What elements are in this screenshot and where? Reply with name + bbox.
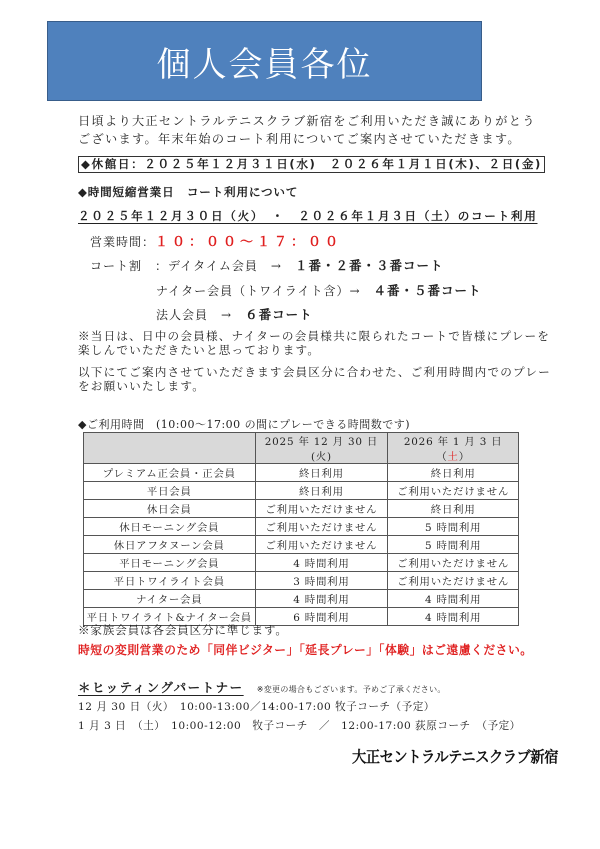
dec30-usage: ご利用いただけません (255, 518, 388, 536)
dec30-usage: ご利用いただけません (255, 536, 388, 554)
court-number: １番・２番・３番コート (295, 258, 444, 273)
header-cell-empty (84, 433, 256, 464)
court-label: コート割 ： (90, 259, 168, 273)
table-row: 平日トワイライト会員3 時間利用ご利用いただけません (84, 572, 519, 590)
jan3-usage: 5 時間利用 (388, 536, 519, 554)
family-member-note: ※家族会員は各会員区分に準じます。 (78, 622, 288, 638)
note-1-line-2: 楽しんでいただきたいと思っております。 (78, 343, 320, 357)
jan3-usage: 4 時間利用 (388, 608, 519, 626)
member-type: 平日会員 (84, 482, 256, 500)
note-1-line-1: ※当日は、日中の会員様、ナイターの会員様共に限られたコートで皆様にプレーを (78, 329, 550, 343)
short-hours-dates: ２０２５年１２月３０日（火） ・ ２０２６年１月３日（土）のコート利用 (78, 208, 537, 224)
jan3-usage: 終日利用 (388, 464, 519, 482)
header-jan3-saturday: 土 (448, 451, 459, 463)
note-2-line-2: をお願いいたします。 (78, 379, 205, 393)
usage-table-title: ◆ご利用時間 (10:00〜17:00 の間にプレーできる時間数です) (78, 416, 410, 432)
court-number: ６番コート (245, 307, 313, 322)
court-assignment-row-3: 法人会員 → ６番コート (156, 305, 313, 323)
table-row: 休日アフタヌーン会員ご利用いただけません5 時間利用 (84, 536, 519, 554)
note-2-line-1: 以下にてご案内させていただきます会員区分に合わせた、ご利用時間内でのプレー (78, 365, 551, 379)
business-hours: 営業時間：１０：００〜１７：００ (90, 231, 342, 250)
closed-days-notice: ◆休館日：２０２５年１２月３１日(水) ２０２６年１月１日(木)、２日(金) (78, 156, 545, 173)
dec30-usage: 終日利用 (255, 482, 388, 500)
intro-line-1: 日頃より大正セントラルテニスクラブ新宿をご利用いただき誠にありがとう (78, 113, 536, 130)
member-type: 平日トワイライト会員 (84, 572, 256, 590)
court-assignment-row-1: コート割 ：デイタイム会員 → １番・２番・３番コート (90, 256, 444, 274)
table-row: ナイター会員4 時間利用4 時間利用 (84, 590, 519, 608)
dec30-usage: 終日利用 (255, 464, 388, 482)
business-hours-label: 営業時間： (90, 235, 155, 249)
court-assignment-row-2: ナイター会員（トワイライト含）→ ４番・５番コート (156, 281, 482, 299)
jan3-usage: ご利用いただけません (388, 554, 519, 572)
hitting-partner-title: ＊ヒッティングパートナー (78, 680, 244, 695)
header-jan3-close: ） (459, 451, 470, 463)
member-type: 休日モーニング会員 (84, 518, 256, 536)
table-row: 平日モーニング会員4 時間利用ご利用いただけません (84, 554, 519, 572)
restriction-warning: 時短の変則営業のため「同伴ビジター」「延長プレー」「体験」はご遠慮ください。 (78, 641, 533, 658)
dec30-usage: ご利用いただけません (255, 500, 388, 518)
member-type: 平日モーニング会員 (84, 554, 256, 572)
court-number: ４番・５番コート (374, 283, 482, 298)
table-row: 平日会員終日利用ご利用いただけません (84, 482, 519, 500)
header-cell-dec30: 2025 年 12 月 30 日(火) (255, 433, 388, 464)
intro-line-2: ございます。年末年始のコート利用についてご案内させていただきます。 (78, 131, 521, 148)
hitting-partner-header: ＊ヒッティングパートナー ※変更の場合もございます。予めご了承ください。 (78, 677, 446, 696)
dec30-usage: 4 時間利用 (255, 590, 388, 608)
hitting-partner-note: ※変更の場合もございます。予めご了承ください。 (257, 685, 446, 694)
member-type: 休日会員 (84, 500, 256, 518)
jan3-usage: 4 時間利用 (388, 590, 519, 608)
usage-table: 2025 年 12 月 30 日(火) 2026 年 1 月 3 日（土） プレ… (83, 432, 519, 626)
member-type: プレミアム正会員・正会員 (84, 464, 256, 482)
member-type: 休日アフタヌーン会員 (84, 536, 256, 554)
court-member: 法人会員 → (156, 308, 245, 322)
short-hours-heading: ◆時間短縮営業日 コート利用について (78, 184, 298, 200)
member-type: ナイター会員 (84, 590, 256, 608)
page-title: 個人会員各位 (157, 37, 373, 86)
header-cell-jan3: 2026 年 1 月 3 日（土） (388, 433, 519, 464)
business-hours-value: １０：００〜１７：００ (155, 235, 342, 250)
jan3-usage: 終日利用 (388, 500, 519, 518)
jan3-usage: ご利用いただけません (388, 482, 519, 500)
table-row: 休日会員ご利用いただけません終日利用 (84, 500, 519, 518)
title-banner: 個人会員各位 (47, 21, 482, 101)
dec30-usage: 4 時間利用 (255, 554, 388, 572)
table-header-row: 2025 年 12 月 30 日(火) 2026 年 1 月 3 日（土） (84, 433, 519, 464)
dec30-usage: 3 時間利用 (255, 572, 388, 590)
jan3-usage: 5 時間利用 (388, 518, 519, 536)
table-row: 休日モーニング会員ご利用いただけません5 時間利用 (84, 518, 519, 536)
court-member: デイタイム会員 → (168, 259, 295, 273)
hitting-partner-schedule-2: 1 月 3 日 （土） 10:00-12:00 牧子コーチ ／ 12:00-17… (78, 718, 521, 733)
jan3-usage: ご利用いただけません (388, 572, 519, 590)
court-member: ナイター会員（トワイライト含）→ (156, 284, 374, 298)
table-row: プレミアム正会員・正会員終日利用終日利用 (84, 464, 519, 482)
hitting-partner-schedule-1: 12 月 30 日（火） 10:00-13:00／14:00-17:00 牧子コ… (78, 699, 435, 714)
club-logo: 大正セントラルテニスクラブ新宿 (352, 745, 558, 767)
